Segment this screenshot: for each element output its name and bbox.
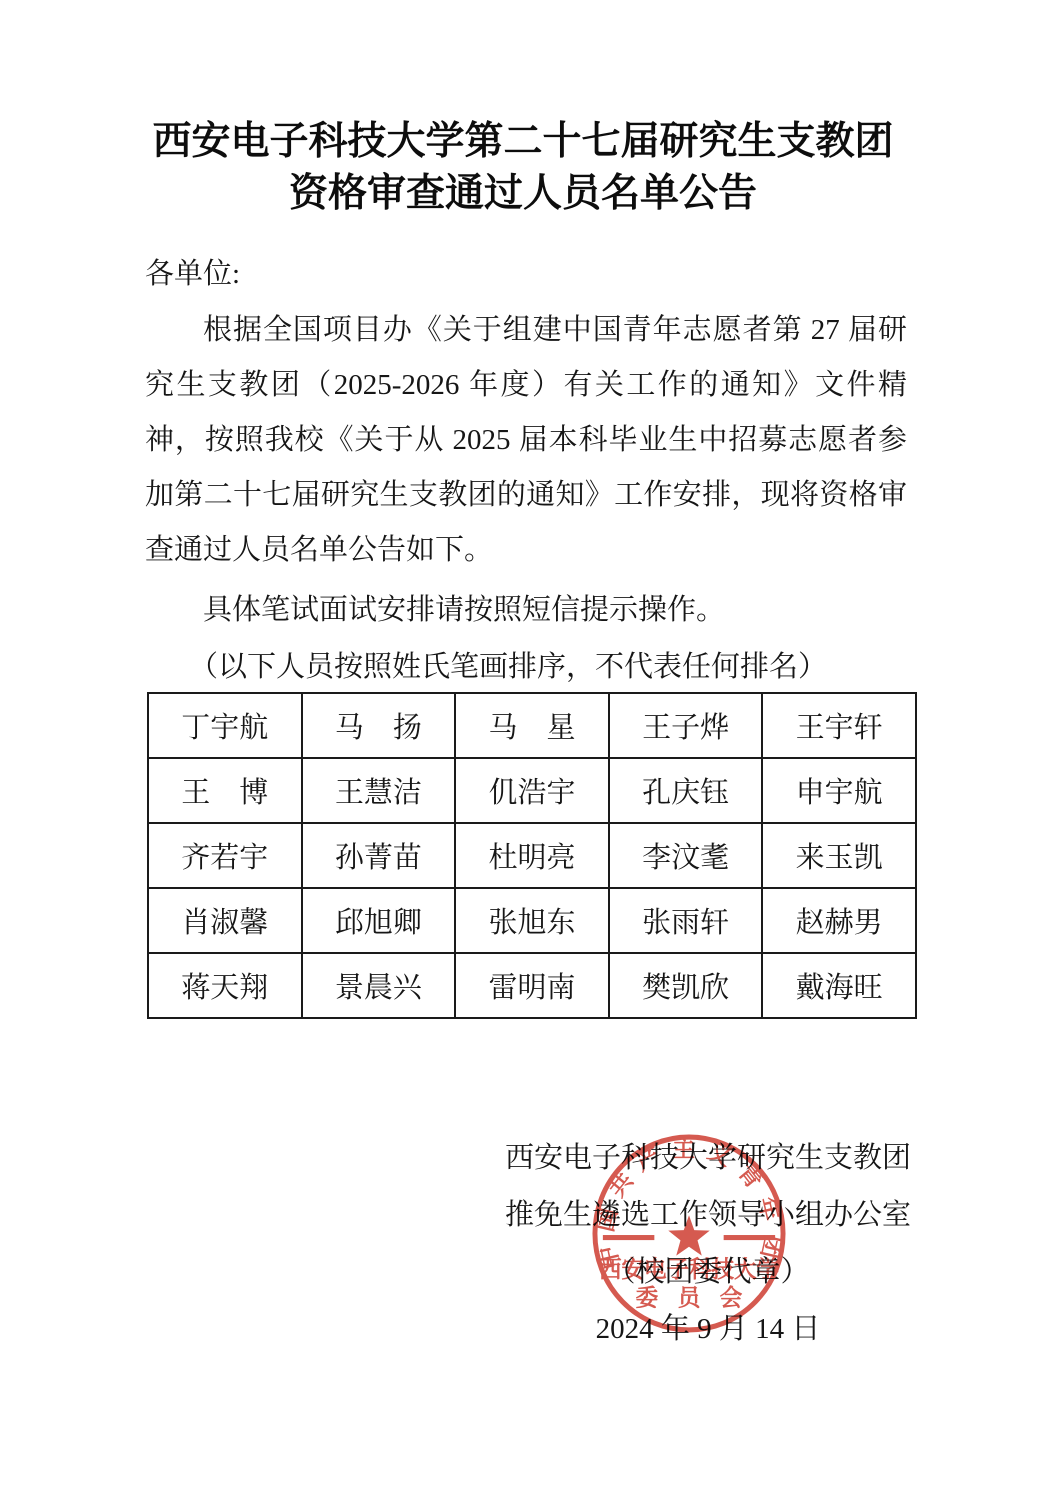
roster-row: 肖淑馨邱旭卿张旭东张雨轩赵赫男 — [148, 888, 916, 953]
roster-cell: 王子烨 — [609, 693, 763, 758]
signature-org-line-1: 西安电子科技大学研究生支教团 — [505, 1130, 911, 1187]
body-paragraph-basis: 根据全国项目办《关于组建中国青年志愿者第 27 届研究生支教团（2025-202… — [145, 303, 907, 578]
roster-cell: 肖淑馨 — [148, 888, 302, 953]
roster-cell: 雷明南 — [455, 953, 609, 1018]
roster-row: 丁宇航马 扬马 星王子烨王宇轩 — [148, 693, 916, 758]
roster-cell: 邱旭卿 — [302, 888, 456, 953]
roster-row: 蒋天翔景晨兴雷明南樊凯欣戴海旺 — [148, 953, 916, 1018]
roster-cell: 戴海旺 — [762, 953, 916, 1018]
roster-cell: 申宇航 — [762, 758, 916, 823]
salutation: 各单位: — [145, 247, 907, 302]
roster-cell: 马 扬 — [302, 693, 456, 758]
signature-org-line-2: 推免生遴选工作领导小组办公室 — [505, 1187, 911, 1244]
roster-cell: 齐若宇 — [148, 823, 302, 888]
roster-cell: 仉浩宇 — [455, 758, 609, 823]
roster-table-body: 丁宇航马 扬马 星王子烨王宇轩王 博王慧洁仉浩宇孔庆钰申宇航齐若宇孙菁苗杜明亮李… — [148, 693, 916, 1018]
roster-cell: 王 博 — [148, 758, 302, 823]
signature-seal-note: （校团委代章） — [505, 1244, 911, 1301]
title-line-2: 资格审查通过人员名单公告 — [289, 172, 757, 215]
roster-cell: 王慧洁 — [302, 758, 456, 823]
roster-cell: 来玉凯 — [762, 823, 916, 888]
roster-row: 王 博王慧洁仉浩宇孔庆钰申宇航 — [148, 758, 916, 823]
document-page: 西安电子科技大学第二十七届研究生支教团 资格审查通过人员名单公告 各单位: 根据… — [0, 0, 1046, 1491]
roster-cell: 杜明亮 — [455, 823, 609, 888]
title-line-1: 西安电子科技大学第二十七届研究生支教团 — [152, 120, 893, 163]
roster-cell: 赵赫男 — [762, 888, 916, 953]
document-title: 西安电子科技大学第二十七届研究生支教团 资格审查通过人员名单公告 — [0, 116, 1046, 220]
roster-cell: 蒋天翔 — [148, 953, 302, 1018]
roster-cell: 张旭东 — [455, 888, 609, 953]
roster-cell: 景晨兴 — [302, 953, 456, 1018]
body-paragraph-instructions: 具体笔试面试安排请按照短信提示操作。 — [145, 583, 907, 638]
roster-cell: 马 星 — [455, 693, 609, 758]
roster-cell: 丁宇航 — [148, 693, 302, 758]
roster-cell: 王宇轩 — [762, 693, 916, 758]
signature-block: 西安电子科技大学研究生支教团 推免生遴选工作领导小组办公室 （校团委代章） 20… — [505, 1130, 911, 1358]
roster-cell: 李汶耄 — [609, 823, 763, 888]
sorting-note: （以下人员按照姓氏笔画排序，不代表任何排名） — [145, 640, 907, 695]
roster-table: 丁宇航马 扬马 星王子烨王宇轩王 博王慧洁仉浩宇孔庆钰申宇航齐若宇孙菁苗杜明亮李… — [147, 692, 917, 1019]
roster-cell: 孔庆钰 — [609, 758, 763, 823]
roster-cell: 张雨轩 — [609, 888, 763, 953]
roster-row: 齐若宇孙菁苗杜明亮李汶耄来玉凯 — [148, 823, 916, 888]
roster-cell: 樊凯欣 — [609, 953, 763, 1018]
signature-date: 2024 年 9 月 14 日 — [505, 1301, 911, 1358]
roster-cell: 孙菁苗 — [302, 823, 456, 888]
